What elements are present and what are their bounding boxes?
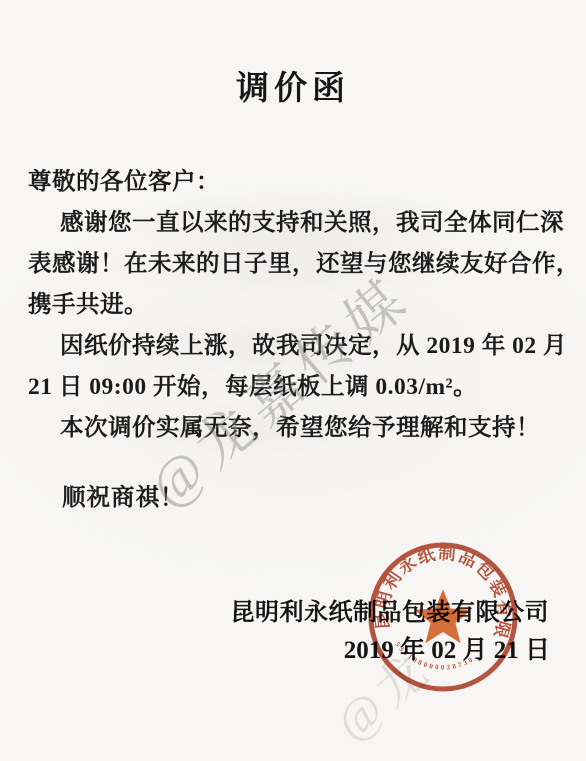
seal-serial-number: 530108000028730 xyxy=(393,641,476,672)
seal-star-icon xyxy=(415,589,472,643)
letter-body: 尊敬的各位客户： 感谢您一直以来的支持和关照，我司全体同仁深 表感谢！在未来的日… xyxy=(28,162,560,449)
body-line: 携手共进。 xyxy=(28,285,560,326)
letter-title: 调价函 xyxy=(0,62,586,109)
body-line: 感谢您一直以来的支持和关照，我司全体同仁深 xyxy=(28,203,560,244)
body-line: 表感谢！在未来的日子里，还望与您继续友好合作， xyxy=(28,244,560,285)
letter-page: 调价函 尊敬的各位客户： 感谢您一直以来的支持和关照，我司全体同仁深 表感谢！在… xyxy=(0,0,586,761)
body-line: 因纸价持续上涨，故我司决定，从 2019 年 02 月 xyxy=(28,326,560,367)
closing-phrase: 顺祝商祺！ xyxy=(62,478,185,512)
salutation: 尊敬的各位客户： xyxy=(28,162,560,203)
seal-graphic: 昆明利永纸制品包装有限公司 530108000028730 xyxy=(343,517,543,717)
body-line: 本次调价实属无奈，希望您给予理解和支持！ xyxy=(28,408,560,449)
company-seal-stamp: 昆明利永纸制品包装有限公司 530108000028730 xyxy=(343,517,543,717)
seal-ring-text: 昆明利永纸制品包装有限公司 xyxy=(343,517,515,642)
body-line: 21 日 09:00 开始，每层纸板上调 0.03/m²。 xyxy=(28,367,560,408)
